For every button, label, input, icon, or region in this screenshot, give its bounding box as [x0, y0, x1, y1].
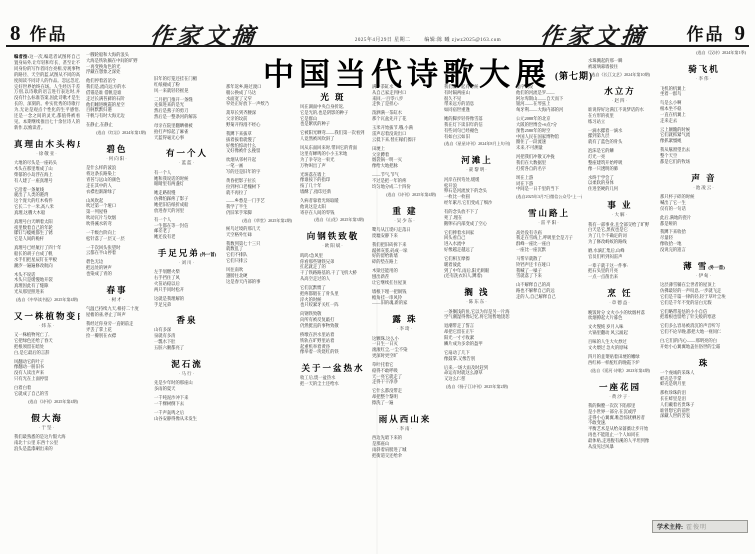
text-column: 程序员说他们的河流是罗——阿尔卑斯山——自天而下银河——在琴弦上匈牙利——大海内… — [516, 84, 582, 554]
poem-title: 手足兄弟(外一首) — [154, 247, 220, 259]
source-attribution: (选自《诗刊》2025年第4期) — [372, 192, 438, 198]
source-attribution: (选自《扬子江诗刊》2025年第2期) — [444, 384, 510, 390]
verse-line: 从没见过风暴 — [588, 444, 652, 450]
verse-line: 有如白云如旧 — [444, 134, 510, 140]
scholar-label: 学术主持: — [657, 522, 683, 531]
poem-author: ·李琦· — [372, 326, 438, 332]
editor-note: 编者按:这一次,编选者试图将自己置身局外,让年轻和年长、甚至让不同身份的写作者同… — [14, 54, 80, 131]
verse-line: 浪头是蓝漆刷出来的 — [14, 446, 80, 452]
verse-line: 天蓝得毫无心事 — [154, 135, 220, 141]
date-text: 2025年4月29日 星期二 — [355, 38, 411, 43]
verse-line: 捡一瓣别在衣襟 — [86, 333, 148, 339]
right-page-number: 作品 9 — [687, 20, 746, 46]
poem-title: 烹 饪 — [588, 287, 652, 299]
text-column: 我们在一起有时候有时隔两座山很久不见带来远方的消息如同宿世重逢她的脚步轻得像雪落… — [444, 84, 510, 554]
verse-line: 最体贴,走进腹有溪的人平坦到像 — [588, 438, 652, 444]
poem-title: 春事 — [86, 284, 148, 296]
source-attribution: (选自《草堂》2025年第2期) — [226, 218, 294, 224]
left-page-label: 作品 — [30, 25, 68, 44]
source-attribution: (选自《山花》2025年第3期) — [300, 217, 366, 223]
poem-title-suffix: (外一首) — [708, 265, 725, 270]
verse-line: 开始小心翼翼地盖住俗世的尘霜 — [660, 344, 748, 350]
poem-title: 泥石流 — [154, 358, 220, 370]
verse-line: 走的人,自己解释自己 — [516, 294, 582, 300]
verse-line: 把一天的尘土还给水 — [300, 381, 366, 387]
poem-title: 河滩上 — [444, 154, 510, 166]
verse-line: 没说完的遗言 — [660, 247, 748, 253]
text-column: 水珠溅起的那一瞬被玻璃幕墙接住(选自《长江文艺》2024年第10期)水立方·赵四… — [588, 58, 652, 554]
poem-title: 关于一盆热水 — [300, 362, 366, 374]
poem-author: ·于坚· — [14, 425, 80, 431]
verse-line: 像举着一块烧红的铁 — [300, 349, 366, 355]
verse-line: 这是春天内部的事 — [226, 279, 294, 285]
verse-line: 手足兄弟 — [154, 302, 220, 308]
poem-author: ·章德益· — [588, 300, 652, 306]
poem-title: 露 珠 — [372, 313, 438, 325]
poem-author: ·李伟· — [660, 76, 748, 82]
poem-author: ·池凌云· — [660, 185, 748, 191]
verse-line: 一点一点凿出来 — [588, 274, 652, 280]
poem-title: 有一个人 — [154, 147, 220, 159]
poem-author: ·黄沙子· — [588, 394, 652, 400]
poem-author: ·炜东· — [14, 323, 80, 329]
verse-line: 深藏人世的苦衷 — [660, 413, 748, 419]
verse-line: 被玻璃幕墙接住 — [588, 64, 652, 70]
poem-author: ·李南· — [372, 426, 438, 432]
verse-line: 她还没有老 — [154, 234, 220, 240]
poem-title: 雪山路上 — [516, 207, 582, 219]
verse-line: 寄存在人间的零钱 — [300, 210, 366, 216]
verse-line: ——旧的魂,新的家 — [372, 300, 438, 306]
poem-author: ·徐敬亚· — [14, 151, 80, 157]
verse-line: (还有洗衣妇人,蹲着) — [444, 273, 510, 279]
poem-title: 碧色 — [86, 143, 148, 155]
poem-author: ·欧阳斌· — [300, 243, 366, 249]
poem-title: 向钢铁致敬 — [300, 230, 366, 242]
verse-line: 空气潮湿得像记忆,将它短暂地饶恕 — [444, 314, 510, 320]
poem-title: 声 音 — [660, 172, 748, 184]
editor-note-lead: 编者按: — [14, 54, 29, 59]
poem-author: ·马行· — [154, 371, 220, 377]
text-column: 光 斑风在湖面中央自身折返,它是光的,也是阴影的种子它是群山也是絮状的种子它被阳… — [300, 84, 366, 554]
poem-title: 骑飞机 — [660, 63, 748, 75]
poem-author: ·蓝蓝· — [154, 160, 220, 166]
poem-title: 搁 浅 — [444, 286, 510, 298]
verse-line: 又这么仁慈 — [444, 376, 510, 382]
source-attribution: (选自《中华读书报》2025年第4期) — [14, 297, 80, 303]
verse-line: 都是它们的牧场 — [660, 159, 748, 165]
scholar-host-box: 学术主持: 霍俊明 — [652, 520, 748, 533]
source-attribution: (选自《长江文艺》2024年第10期) — [588, 72, 652, 78]
poem-author: ·陈东东· — [444, 299, 510, 305]
source-attribution: (选自《红岩》2024年第1期) — [86, 130, 148, 136]
poem-author: ·刘川· — [154, 260, 220, 266]
text-column: 那年返乡,路过渡口艄公换成了马达水面宽了又窄窄处正好放下一声欸乃蒿草长到齐腰深父… — [226, 84, 294, 554]
poem-title: 珠 — [660, 357, 748, 369]
verse-line: 山谷安静得像从未发生 — [154, 416, 220, 422]
poem-title: 香泉 — [154, 314, 220, 326]
right-page-label: 作品 — [687, 25, 725, 44]
poem-author: ·伊甸· — [660, 273, 748, 279]
verse-line: 中间是一日千里的当下 — [516, 186, 582, 192]
verse-line: 也染成了青的 — [86, 271, 148, 277]
verse-line: 仍旧笨手笨脚 — [226, 210, 294, 216]
poem-author: ·赵四· — [588, 98, 652, 104]
poem-author: ·大解· — [588, 212, 652, 218]
source-attribution: (选自《汉诗》2024年第1季) — [660, 50, 748, 56]
text-column: 编者按:这一次,编选者试图将自己置身局外,让年轻和年长、甚至让不同身份的写作者同… — [14, 54, 80, 554]
verse-line: 它就成了自己的雪 — [14, 391, 80, 397]
poem-author: ·树才· — [86, 297, 148, 303]
right-page-no: 9 — [735, 21, 746, 45]
poem-title: 一座花园 — [588, 381, 652, 393]
verse-line: 在静止,在静止 — [86, 122, 148, 128]
poem-author: ·聂黎明· — [444, 167, 510, 173]
left-page-no: 8 — [10, 21, 21, 45]
scholar-name: 霍俊明 — [686, 522, 707, 531]
verse-line: 均匀地分成二十四份 — [372, 184, 438, 190]
text-column: (选自《汉诗》2024年第1季)骑飞机·李伟·飞机的机翼上坐着一群鸟鸟是么小啊根… — [660, 48, 748, 554]
verse-line: 西红柿一样酡红的晚霞下炉 — [588, 360, 652, 366]
source-attribution: (选自《星星诗刊》2024年8月上旬刊) — [444, 141, 510, 147]
poem-title: 又一株植物变白了 — [14, 310, 80, 322]
text-column: 一艘轮船和大海的浪头大海是铁轨躺在中间的旷野一再变换角色的光浮藏在想象之深处他们… — [86, 52, 148, 554]
header-rule — [6, 45, 749, 47]
source-attribution: (选自2025年3月7日微信公众号“上一首诗”) — [516, 194, 582, 200]
verse-line: 把街道交还给伞 — [372, 453, 438, 459]
left-page-number: 8 作品 — [10, 20, 68, 46]
poem-author: ·何向阳· — [86, 156, 148, 162]
poem-title: 光 斑 — [300, 91, 366, 103]
poem-title: 雨从西山来 — [372, 413, 438, 425]
source-attribution: (选自《诗刊》2025年第4期) — [14, 399, 80, 405]
text-column: 满一茶缸水从自己家走到村口来回,一百零八步走快了是担心:泼洒满一茶缸水那个瓦盆先… — [372, 84, 438, 554]
verse-line: 住进坚硬的几何 — [588, 186, 652, 192]
poem-author: ·吴少东· — [372, 218, 438, 224]
text-column: 旧年的灯笼还挂在门楣红纸褪成了粉风一来就轻轻摇晃二月把门推开一条缝先探进来的是光… — [154, 76, 220, 554]
poem-title: 假大海 — [14, 412, 80, 424]
poem-title: 水立方 — [588, 85, 652, 97]
verse-line: 光从那里照进来 — [14, 289, 80, 295]
editor-text: 编辑:陈 曦 zjwz2025@163.com — [424, 38, 501, 43]
poem-title-suffix: (外一首) — [200, 252, 217, 257]
poem-title: 重 建 — [372, 205, 438, 217]
verse-line: 五脏六腑都亮了 — [154, 345, 220, 351]
newspaper-spread: 8 作品 作家文摘 2025年4月29日 星期二 编辑:陈 曦 zjwz2025… — [0, 0, 755, 554]
poem-title: 事 业 — [588, 199, 652, 211]
source-attribution: (选自《延河·诗歌》2023年第4期) — [588, 368, 652, 374]
poem-author: ·雷平阳· — [516, 220, 582, 226]
poem-title: 薄 雪(外一首) — [660, 260, 748, 272]
poem-title: 真理由木头构成 — [14, 138, 80, 150]
verse-line: 擦洗了一遍 — [372, 400, 438, 406]
